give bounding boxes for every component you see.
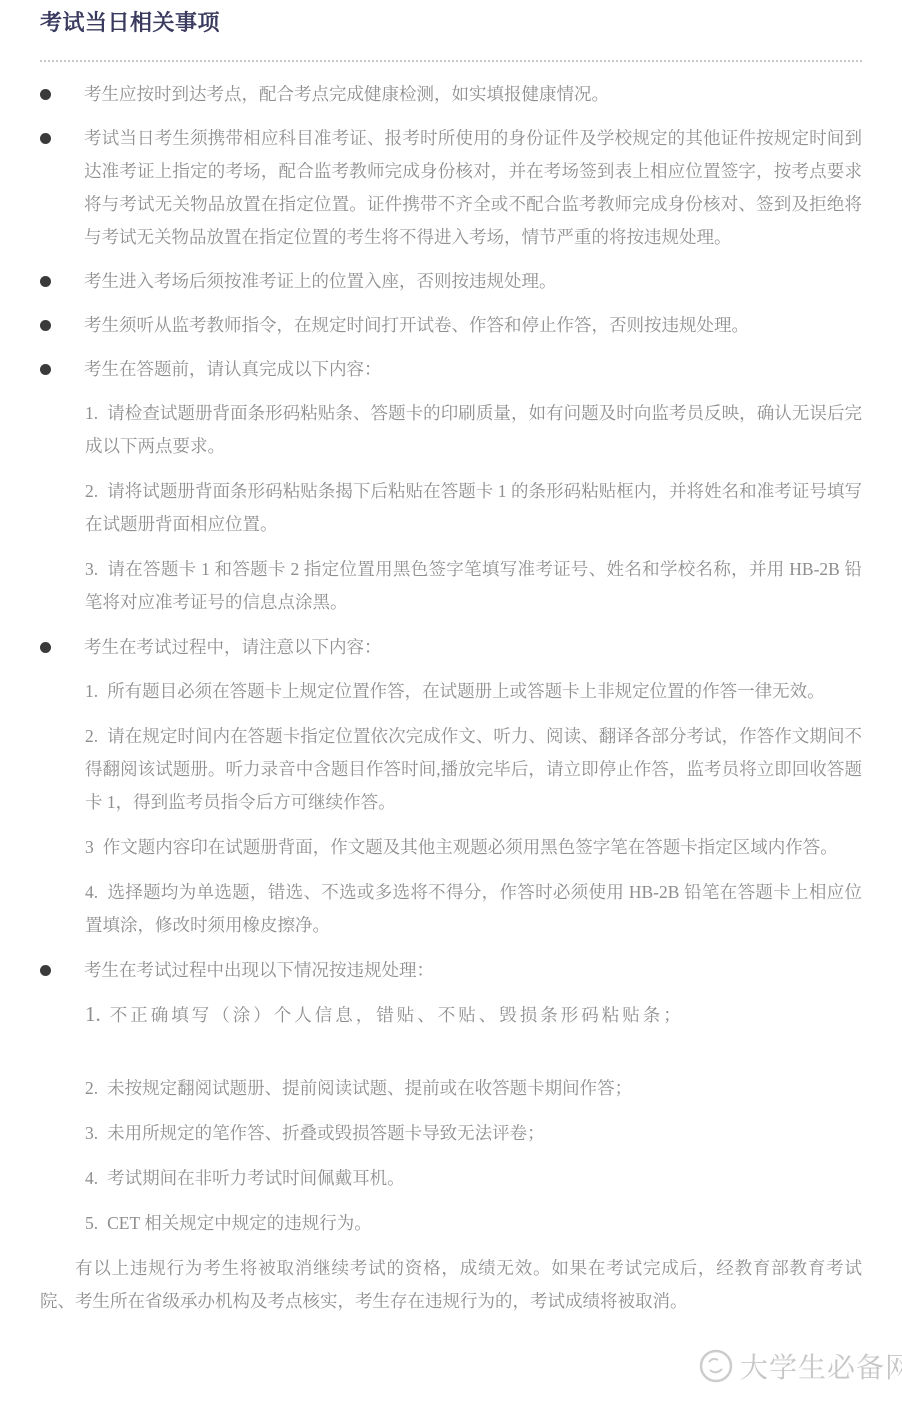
item-number: 4.	[85, 882, 98, 902]
item-text: 选择题均为单选题，错选、不选或多选将不得分，作答时必须使用 HB-2B 铅笔在答…	[85, 882, 862, 935]
numbered-item: 1.所有题目必须在答题卡上规定位置作答，在试题册上或答题卡上非规定位置的作答一律…	[40, 675, 862, 708]
bullet-item: 考试当日考生须携带相应科目准考证、报考时所使用的身份证件及学校规定的其他证件按规…	[40, 122, 862, 254]
item-text: 考试期间在非听力考试时间佩戴耳机。	[107, 1168, 405, 1188]
bullet-item: 考生进入考场后须按准考证上的位置入座，否则按违规处理。	[40, 265, 862, 298]
numbered-item: 2.请将试题册背面条形码粘贴条揭下后粘贴在答题卡 1 的条形码粘贴框内，并将姓名…	[40, 475, 862, 541]
bullet-dot-icon	[40, 364, 51, 375]
item-text: 不正确填写（涂）个人信息，错贴、不贴、毁损条形码粘贴条；	[110, 1005, 684, 1025]
item-number: 3	[85, 837, 94, 857]
item-text: 请在规定时间内在答题卡指定位置依次完成作文、听力、阅读、翻译各部分考试，作答作文…	[85, 726, 862, 812]
item-number: 3.	[85, 1123, 98, 1143]
item-text: 请在答题卡 1 和答题卡 2 指定位置用黑色签字笔填写准考证号、姓名和学校名称，…	[85, 559, 862, 612]
bullet-dot-icon	[40, 965, 51, 976]
numbered-item: 3.未用所规定的笔作答、折叠或毁损答题卡导致无法评卷；	[40, 1117, 862, 1150]
item-number: 5.	[85, 1213, 98, 1233]
bullet-text: 考生须听从监考教师指令，在规定时间打开试卷、作答和停止作答，否则按违规处理。	[84, 309, 862, 342]
bullet-text: 考生在答题前，请认真完成以下内容：	[84, 353, 862, 386]
bullet-item: 考生在考试过程中出现以下情况按违规处理：	[40, 954, 862, 987]
item-number: 1.	[85, 1002, 101, 1026]
document-body: 考试当日相关事项 考生应按时到达考点，配合考点完成健康检测，如实填报健康情况。 …	[0, 0, 902, 1318]
item-text: 所有题目必须在答题卡上规定位置作答，在试题册上或答题卡上非规定位置的作答一律无效…	[107, 681, 825, 701]
numbered-item: 4.考试期间在非听力考试时间佩戴耳机。	[40, 1162, 862, 1195]
item-text: 作文题内容印在试题册背面，作文题及其他主观题必须用黑色签字笔在答题卡指定区域内作…	[103, 837, 838, 857]
item-number: 3.	[85, 559, 98, 579]
item-text: 请检查试题册背面条形码粘贴条、答题卡的印刷质量，如有问题及时向监考员反映，确认无…	[85, 403, 862, 456]
numbered-item: 5.CET 相关规定中规定的违规行为。	[40, 1207, 862, 1240]
bullet-dot-icon	[40, 89, 51, 100]
bullet-item: 考生在考试过程中，请注意以下内容：	[40, 631, 862, 664]
page-title: 考试当日相关事项	[40, 8, 862, 38]
numbered-item: 3.请在答题卡 1 和答题卡 2 指定位置用黑色签字笔填写准考证号、姓名和学校名…	[40, 553, 862, 619]
item-text: 未按规定翻阅试题册、提前阅读试题、提前或在收答题卡期间作答；	[107, 1078, 632, 1098]
item-number: 2.	[85, 726, 98, 746]
bullet-text: 考试当日考生须携带相应科目准考证、报考时所使用的身份证件及学校规定的其他证件按规…	[84, 122, 862, 254]
item-number: 1.	[85, 681, 98, 701]
bullet-text: 考生应按时到达考点，配合考点完成健康检测，如实填报健康情况。	[84, 78, 862, 111]
item-number: 2.	[85, 481, 98, 501]
item-text: 未用所规定的笔作答、折叠或毁损答题卡导致无法评卷；	[107, 1123, 545, 1143]
item-number: 2.	[85, 1078, 98, 1098]
watermark: 大学生必备网	[698, 1346, 902, 1386]
item-number: 1.	[85, 403, 98, 423]
item-number: 4.	[85, 1168, 98, 1188]
item-text: CET 相关规定中规定的违规行为。	[107, 1213, 372, 1233]
bullet-text: 考生进入考场后须按准考证上的位置入座，否则按违规处理。	[84, 265, 862, 298]
watermark-text: 大学生必备网	[740, 1346, 902, 1386]
bullet-dot-icon	[40, 642, 51, 653]
bullet-item: 考生须听从监考教师指令，在规定时间打开试卷、作答和停止作答，否则按违规处理。	[40, 309, 862, 342]
bullet-dot-icon	[40, 320, 51, 331]
bullet-item: 考生应按时到达考点，配合考点完成健康检测，如实填报健康情况。	[40, 78, 862, 111]
bullet-text: 考生在考试过程中，请注意以下内容：	[84, 631, 862, 664]
numbered-item: 3作文题内容印在试题册背面，作文题及其他主观题必须用黑色签字笔在答题卡指定区域内…	[40, 831, 862, 864]
numbered-item: 2.未按规定翻阅试题册、提前阅读试题、提前或在收答题卡期间作答；	[40, 1072, 862, 1105]
bullet-item: 考生在答题前，请认真完成以下内容：	[40, 353, 862, 386]
item-text: 请将试题册背面条形码粘贴条揭下后粘贴在答题卡 1 的条形码粘贴框内，并将姓名和准…	[85, 481, 862, 534]
numbered-item: 4.选择题均为单选题，错选、不选或多选将不得分，作答时必须使用 HB-2B 铅笔…	[40, 876, 862, 942]
numbered-item: 1.请检查试题册背面条形码粘贴条、答题卡的印刷质量，如有问题及时向监考员反映，确…	[40, 397, 862, 463]
numbered-item: 1.不正确填写（涂）个人信息，错贴、不贴、毁损条形码粘贴条；	[40, 998, 862, 1032]
watermark-logo-icon	[698, 1348, 734, 1384]
numbered-item: 2.请在规定时间内在答题卡指定位置依次完成作文、听力、阅读、翻译各部分考试，作答…	[40, 720, 862, 819]
closing-paragraph: 有以上违规行为考生将被取消继续考试的资格，成绩无效。如果在考试完成后，经教育部教…	[40, 1252, 862, 1318]
bullet-dot-icon	[40, 276, 51, 287]
bullet-dot-icon	[40, 133, 51, 144]
dotted-divider	[40, 60, 862, 62]
bullet-text: 考生在考试过程中出现以下情况按违规处理：	[84, 954, 862, 987]
